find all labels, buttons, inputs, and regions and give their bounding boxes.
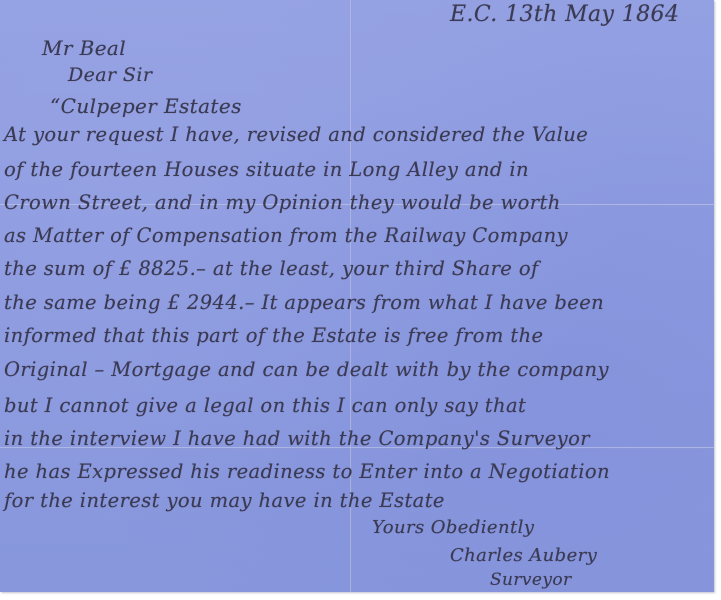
letter-body-line: he has Expressed his readiness to Enter … (4, 460, 610, 483)
letter-closing: Yours Obediently (372, 517, 534, 538)
letter-body-line: informed that this part of the Estate is… (4, 324, 543, 347)
letter-body-line: Crown Street, and in my Opinion they wou… (4, 191, 561, 214)
letter-subject: “Culpeper Estates (50, 94, 242, 118)
letter-salutation: Dear Sir (68, 64, 152, 86)
letter-body-line: for the interest you may have in the Est… (4, 489, 445, 512)
letter-body-line: as Matter of Compensation from the Railw… (4, 224, 568, 247)
letter-date: E.C. 13th May 1864 (450, 2, 679, 27)
letter-body-line: the sum of £ 8825.– at the least, your t… (4, 257, 539, 280)
letter-body-line: of the fourteen Houses situate in Long A… (4, 158, 529, 181)
letter-body-line: Original – Mortgage and can be dealt wit… (4, 358, 609, 381)
signer-title: Surveyor (490, 570, 572, 590)
letter-body-line: At your request I have, revised and cons… (4, 123, 588, 146)
letter-paper: E.C. 13th May 1864 Mr Beal Dear Sir “Cul… (0, 0, 714, 592)
letter-body-line: in the interview I have had with the Com… (4, 427, 590, 450)
letter-signature: Charles Aubery (450, 545, 597, 566)
letter-body-line: the same being £ 2944.– It appears from … (4, 291, 604, 314)
letter-addressee: Mr Beal (42, 36, 126, 60)
letter-body-line: but I cannot give a legal on this I can … (4, 394, 526, 417)
